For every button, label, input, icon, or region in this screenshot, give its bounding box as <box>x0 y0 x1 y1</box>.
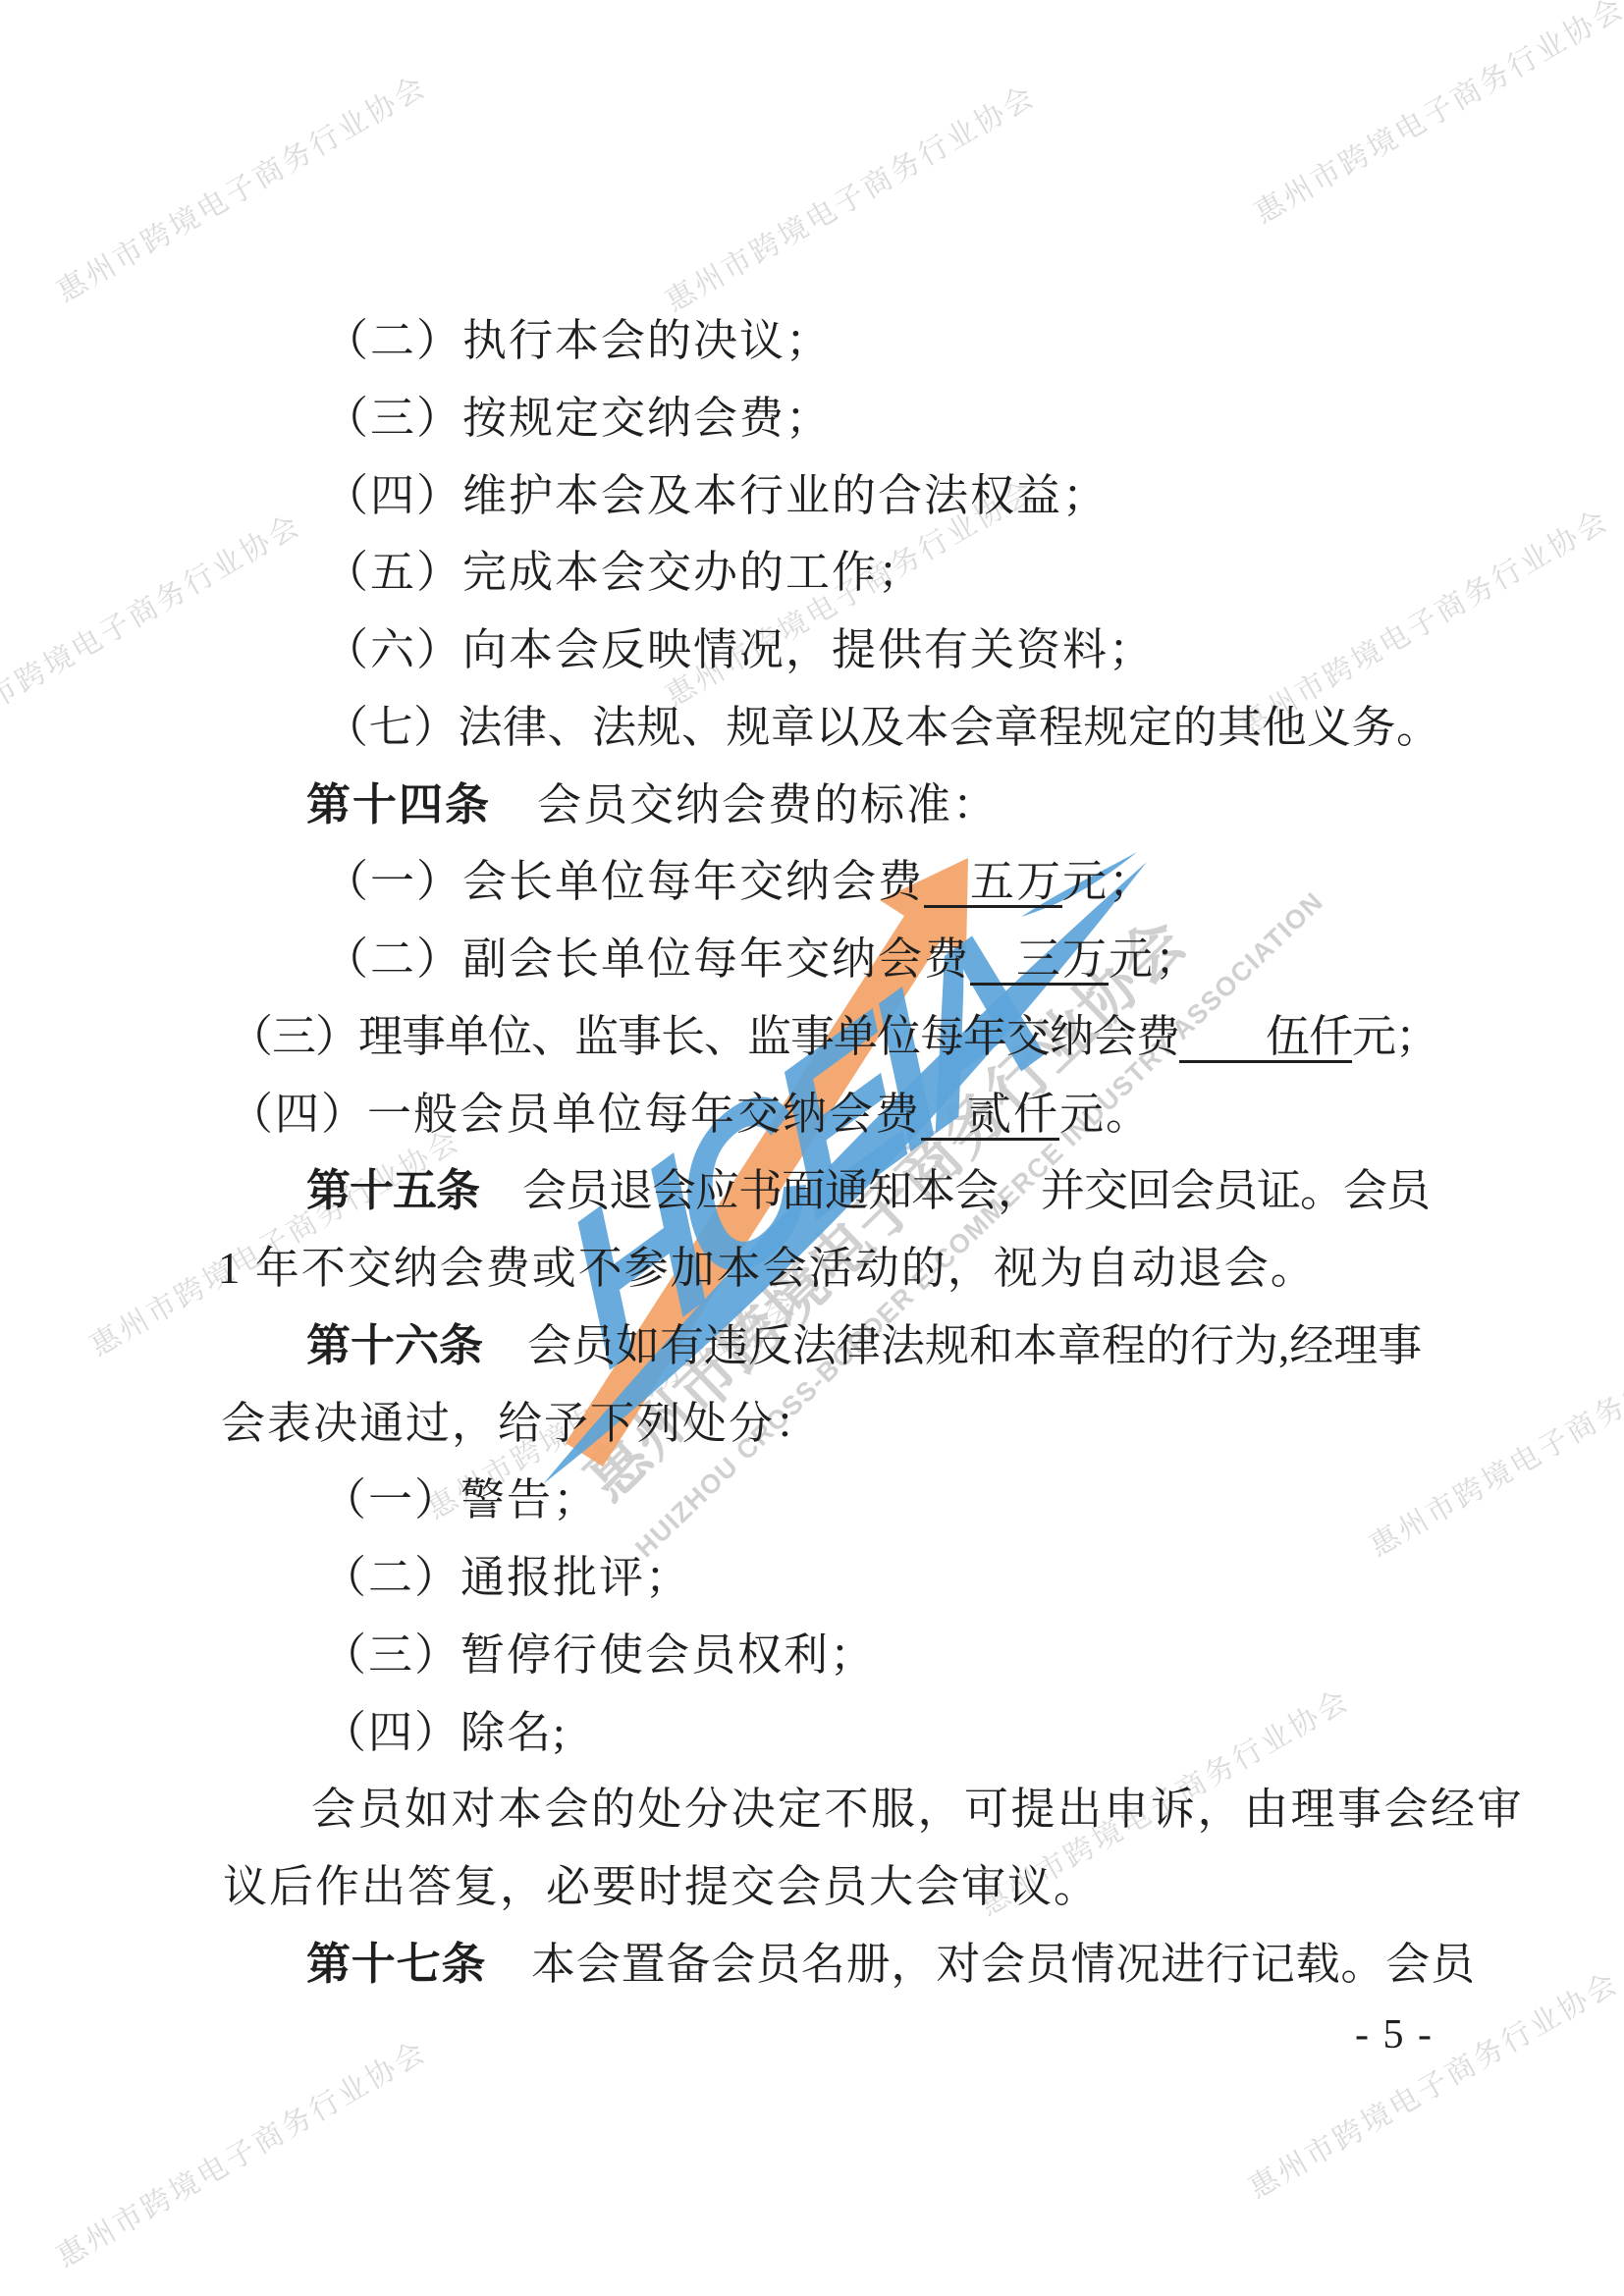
body-line: 议后作出答复，必要时提交会员大会审议。 <box>223 1859 1100 1914</box>
article-number: 第十七条 <box>306 1939 486 1989</box>
clause-line: （四）维护本会及本行业的合法权益； <box>324 468 1109 523</box>
body-line: 会员如对本会的处分决定不服，可提出申诉，由理事会经审 <box>311 1782 1524 1837</box>
clause-text: （一）会长单位每年交纳会费 <box>324 857 924 906</box>
punishment-item-line: （三）暂停行使会员权利； <box>322 1628 876 1682</box>
fee-blank-underline: 伍仟 <box>1179 1012 1352 1061</box>
charter-page-5: { "watermark": { "tile_text": "惠州市跨境电子商务… <box>0 0 1624 2296</box>
clause-line: （五）完成本会交办的工作； <box>324 545 924 600</box>
fee-clause-line: （三）理事单位、监事长、监事单位每年交纳会费 伍仟元； <box>229 1009 1438 1064</box>
article-14-heading-line: 第十四条 会员交纳会费的标准： <box>306 777 999 832</box>
page-number: - 5 - <box>1330 2011 1458 2058</box>
article-16-heading-line: 第十六条 会员如有违反法律法规和本章程的行为,经理事 <box>306 1318 1422 1373</box>
document-body: （二）执行本会的决议； （三）按规定交纳会费； （四）维护本会及本行业的合法权益… <box>0 0 1624 2296</box>
article-text: 会员退会应书面通知本会，并交回会员证。会员 <box>479 1166 1430 1215</box>
clause-text: 元； <box>1062 857 1155 906</box>
punishment-item-line: （四）除名; <box>322 1705 568 1760</box>
clause-text: （四）一般会员单位每年交纳会费 <box>229 1090 921 1139</box>
body-line: 1 年不交纳会费或不参加本会活动的，视为自动退会。 <box>218 1241 1317 1296</box>
article-number: 第十四条 <box>306 779 491 829</box>
punishment-item-line: （一）警告； <box>322 1472 599 1527</box>
article-17-heading-line: 第十七条 本会置备会员名册，对会员情况进行记载。会员 <box>306 1937 1476 1992</box>
article-15-heading-line: 第十五条 会员退会应书面通知本会，并交回会员证。会员 <box>306 1163 1430 1218</box>
clause-text: （二）副会长单位每年交纳会费 <box>324 934 970 984</box>
clause-text: 元。 <box>1059 1090 1152 1139</box>
clause-line: （二）执行本会的决议； <box>324 313 832 368</box>
article-text: 会员交纳会费的标准： <box>491 780 999 829</box>
fee-clause-line: （四）一般会员单位每年交纳会费 贰仟元。 <box>229 1087 1152 1142</box>
fee-blank-underline: 五万 <box>924 857 1062 906</box>
clause-text: 元； <box>1109 934 1201 984</box>
body-line: 会表决通过，给予下列处分： <box>221 1396 821 1451</box>
clause-text: 元； <box>1352 1012 1438 1061</box>
fee-blank-underline: 三万 <box>970 934 1109 984</box>
fee-clause-line: （一）会长单位每年交纳会费 五万元； <box>324 854 1155 909</box>
article-number: 第十六条 <box>306 1320 483 1370</box>
fee-clause-line: （二）副会长单位每年交纳会费 三万元； <box>324 932 1201 987</box>
article-number: 第十五条 <box>306 1165 479 1215</box>
article-text: 本会置备会员名册，对会员情况进行记载。会员 <box>486 1940 1476 1989</box>
article-text: 会员如有违反法律法规和本章程的行为,经理事 <box>483 1321 1422 1370</box>
clause-line: （七）法律、法规、规章以及本会章程规定的其他义务。 <box>324 700 1441 755</box>
clause-line: （六）向本会反映情况，提供有关资料； <box>324 622 1155 677</box>
clause-line: （三）按规定交纳会费； <box>324 391 832 446</box>
clause-text: （三）理事单位、监事长、监事单位每年交纳会费 <box>229 1012 1179 1061</box>
fee-blank-underline: 贰仟 <box>921 1090 1059 1139</box>
punishment-item-line: （二）通报批评； <box>322 1550 691 1605</box>
